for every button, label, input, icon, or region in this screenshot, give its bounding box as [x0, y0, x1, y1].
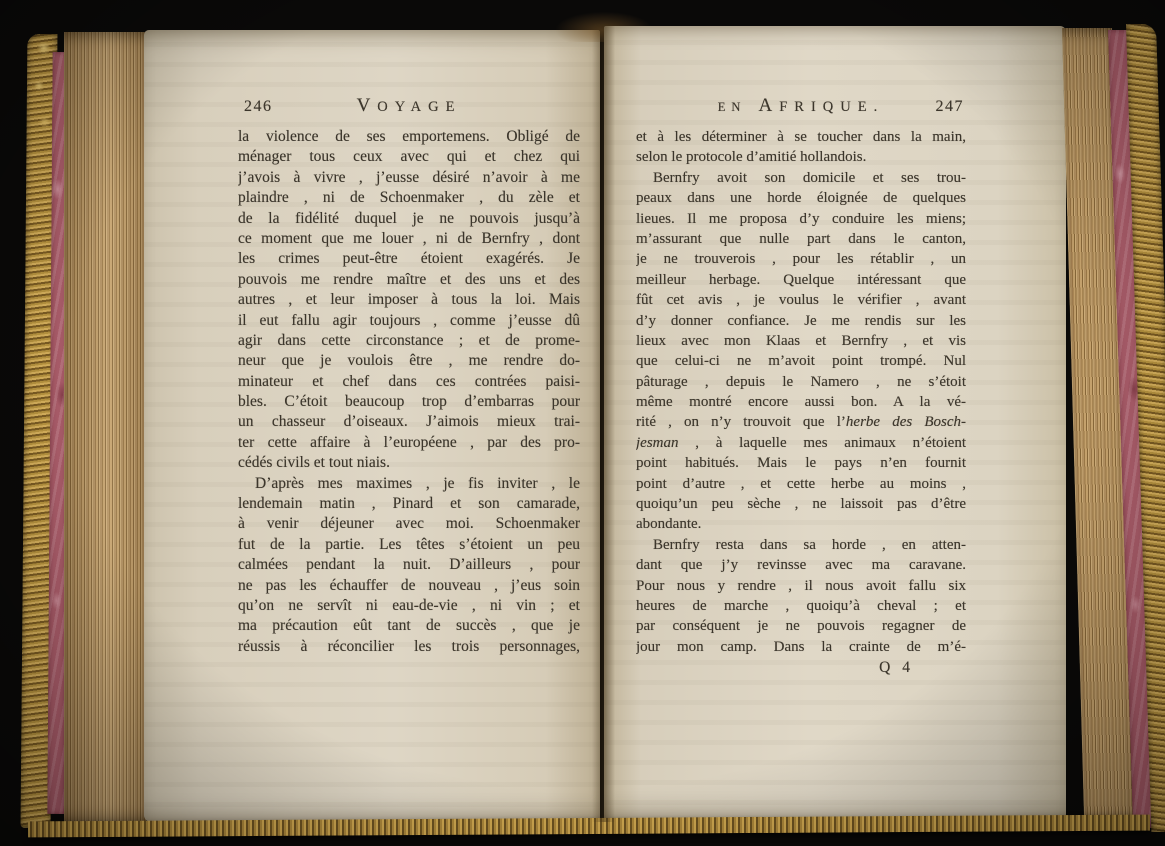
text-line: d’y donner confiance. Je me rendis sur l… — [636, 311, 966, 331]
text-line: point d’autre , et cette herbe au moins … — [636, 474, 966, 494]
text-line: à venir déjeuner avec moi. Schoenmaker — [238, 514, 580, 534]
text-line: fût cet avis , je voulus le vérifier , a… — [636, 290, 966, 310]
running-title-right-main: AFRIQUE. — [758, 96, 884, 117]
text-line: Pour nous y rendre , il nous avoit fallu… — [636, 576, 966, 596]
text-line: pouvois me rendre maître et des uns et d… — [238, 270, 580, 290]
text-line: je ne trouverois , pour les rétablir , u… — [636, 249, 966, 269]
paragraph: Bernfry avoit son domicile et ses trou-p… — [636, 168, 966, 535]
text-line: neur que je voulois être , me rendre do- — [238, 351, 580, 371]
paragraph: Bernfry resta dans sa horde , en atten-d… — [636, 535, 966, 657]
text-line: par conséquent je ne pouvois regagner de — [636, 616, 966, 636]
text-line: m’assurant que nulle part dans le canton… — [636, 229, 966, 249]
text-line: dant que j’y revinsse avec ma caravane. — [636, 555, 966, 575]
left-page-body: la violence de ses emportemens. Obligé d… — [238, 127, 580, 657]
text-line: rité , on n’y trouvoit que l’herbe des B… — [636, 412, 966, 432]
right-page: ENAFRIQUE. 247 et à les déterminer à se … — [604, 26, 1066, 820]
text-line: les crimes peut-être étoient exagérés. J… — [238, 249, 580, 269]
paragraph: la violence de ses emportemens. Obligé d… — [238, 127, 580, 474]
text-line: quoiqu’un peu sèche , ne laissoit pas d’… — [636, 494, 966, 514]
text-line: ter cette affaire à l’européene , par de… — [238, 433, 580, 453]
text-line: point habitués. Mais le pays n’en fourni… — [636, 453, 966, 473]
text-line: ma précaution eût tant de succès , que j… — [238, 616, 580, 636]
text-line: bles. C’étoit beaucoup trop d’embarras p… — [238, 392, 580, 412]
text-line: même montré encore aussi bon. A la vé- — [636, 392, 966, 412]
text-line: lendemain matin , Pinard et son camarade… — [238, 494, 580, 514]
text-line: fut de la partie. Les têtes s’étoient un… — [238, 535, 580, 555]
right-page-header: ENAFRIQUE. 247 — [636, 96, 966, 120]
text-line: calmées pendant la nuit. D’ailleurs , po… — [238, 555, 580, 575]
text-line: Bernfry avoit son domicile et ses trou- — [636, 168, 966, 188]
text-line: minateur et chef dans ces contrées paisi… — [238, 372, 580, 392]
right-page-body: et à les déterminer à se toucher dans la… — [636, 127, 966, 657]
page-number-right: 247 — [936, 97, 965, 117]
page-number-left: 246 — [244, 97, 273, 117]
text-line: selon le protocole d’amitié hollandois. — [636, 147, 966, 167]
right-page-text: ENAFRIQUE. 247 et à les déterminer à se … — [636, 96, 966, 679]
left-page-header: 246 VOYAGE — [238, 96, 580, 120]
text-line: meilleur herbage. Quelque intéressant qu… — [636, 270, 966, 290]
left-page: 246 VOYAGE la violence de ses emportemen… — [144, 30, 600, 822]
text-line: ce moment que me louer , ni de Bernfry ,… — [238, 229, 580, 249]
text-line: ménager tous ceux avec qui et chez qui — [238, 147, 580, 167]
page-fore-edge-left — [64, 32, 146, 822]
text-line: ne pas les échauffer de nouveau , j’eus … — [238, 576, 580, 596]
text-line: qu’on ne servît ni eau-de-vie , ni vin ;… — [238, 596, 580, 616]
running-title-right: ENAFRIQUE. — [636, 96, 966, 117]
text-line: réussis à réconcilier les trois personna… — [238, 637, 580, 657]
text-line: heures de marche , quoiqu’à cheval ; et — [636, 596, 966, 616]
photo-of-open-book: 246 VOYAGE la violence de ses emportemen… — [0, 0, 1165, 846]
text-line: il eut fallu agir toujours , comme j’eus… — [238, 311, 580, 331]
text-line: Bernfry resta dans sa horde , en atten- — [636, 535, 966, 555]
text-line: lieues. Il me proposa d’y conduire les m… — [636, 209, 966, 229]
text-line: peaux dans une horde éloignée de quelque… — [636, 188, 966, 208]
left-page-text: 246 VOYAGE la violence de ses emportemen… — [238, 96, 580, 657]
text-line: pâturage , depuis le Namero , ne s’étoit — [636, 372, 966, 392]
text-line: et à les déterminer à se toucher dans la… — [636, 127, 966, 147]
book-gutter — [592, 24, 615, 822]
running-title-left: VOYAGE — [238, 96, 580, 117]
paragraph: et à les déterminer à se toucher dans la… — [636, 127, 966, 168]
running-title-right-prefix: EN — [718, 97, 747, 117]
text-line: cédés civils et tout niais. — [238, 453, 580, 473]
text-line: D’après mes maximes , je fis inviter , l… — [238, 474, 580, 494]
text-line: jour mon camp. Dans la crainte de m’é- — [636, 637, 966, 657]
text-line: autres , et leur imposer à tous la loi. … — [238, 290, 580, 310]
text-line: de la fidélité duquel je ne pouvois jusq… — [238, 209, 580, 229]
text-line: jesman , à laquelle mes animaux n’étoien… — [636, 433, 966, 453]
text-line: un chasseur d’oiseaux. J’aimois mieux tr… — [238, 412, 580, 432]
text-line: plaindre , ni de Schoenmaker , du zèle e… — [238, 188, 580, 208]
text-line: agir dans cette circonstance ; et de pro… — [238, 331, 580, 351]
text-line: abondante. — [636, 514, 966, 534]
text-line: lieux avec mon Klaas et Bernfry , et vis — [636, 331, 966, 351]
text-line: la violence de ses emportemens. Obligé d… — [238, 127, 580, 147]
text-line: que celui-ci ne m’avoit point trompé. Nu… — [636, 351, 966, 371]
paragraph: D’après mes maximes , je fis inviter , l… — [238, 474, 580, 658]
signature-mark: Q 4 — [636, 658, 966, 678]
text-line: j’avois à vivre , j’eusse désiré n’avoir… — [238, 168, 580, 188]
